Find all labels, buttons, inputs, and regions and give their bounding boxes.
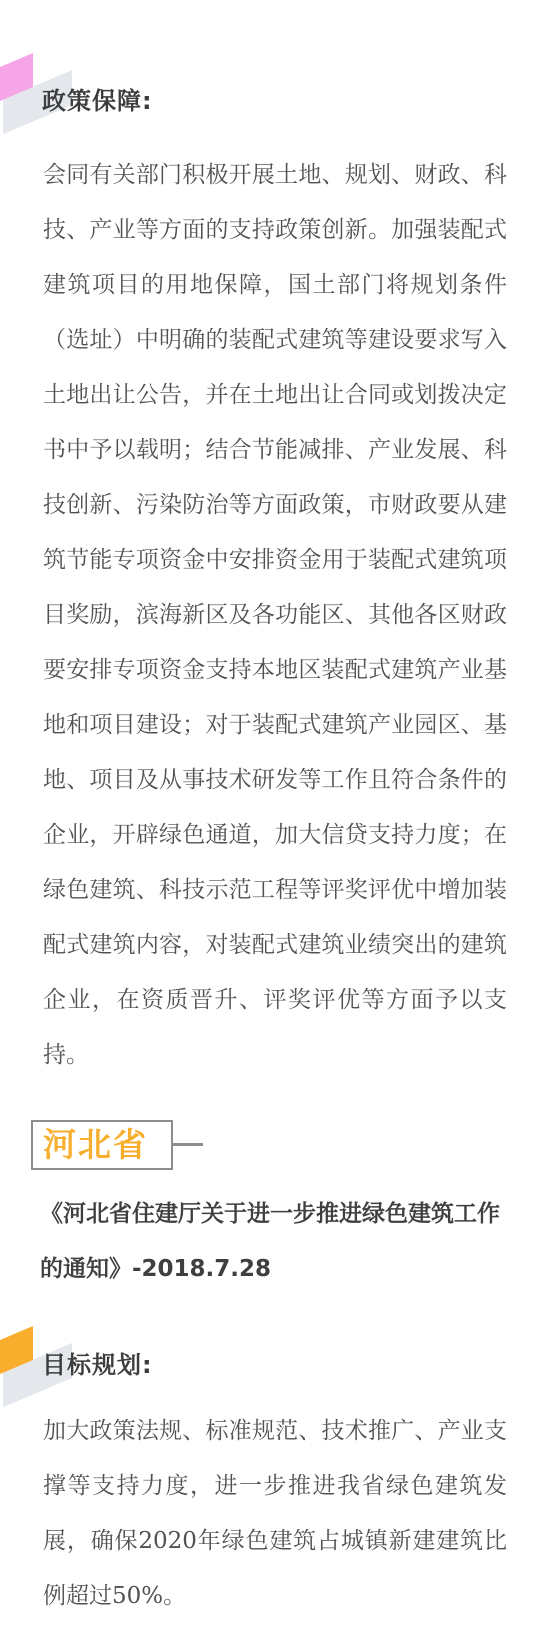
province-tag-box: 河北省	[31, 1120, 173, 1170]
goal-section-heading: 目标规划:	[42, 1351, 153, 1379]
province-tag-label: 河北省	[33, 1122, 171, 1168]
goal-paragraph: 加大政策法规、标准规范、技术推广、产业支撑等支持力度，进一步推进我省绿色建筑发展…	[43, 1404, 507, 1624]
policy-section-heading: 政策保障:	[42, 87, 153, 115]
article-page: 政策保障: 会同有关部门积极开展土地、规划、财政、科技、产业等方面的支持政策创新…	[0, 0, 550, 1646]
policy-paragraph: 会同有关部门积极开展土地、规划、财政、科技、产业等方面的支持政策创新。加强装配式…	[43, 148, 507, 1083]
province-tag-dash	[173, 1143, 203, 1146]
notice-title: 《河北省住建厅关于进一步推进绿色建筑工作的通知》-2018.7.28	[40, 1187, 506, 1297]
